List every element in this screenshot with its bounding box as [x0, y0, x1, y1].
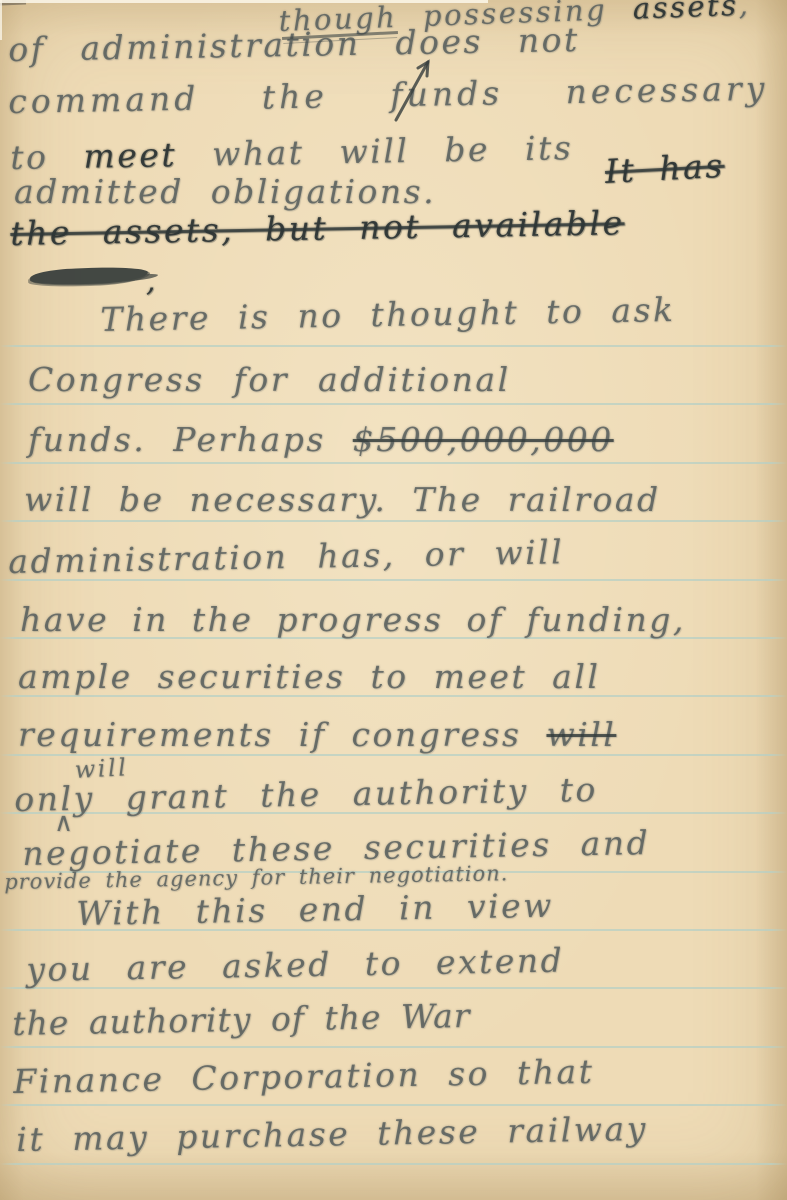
manuscript-line: requirements if congress will	[18, 715, 616, 754]
handwritten-text: meet	[83, 135, 177, 176]
manuscript-line: Finance Corporation so that	[13, 1052, 595, 1101]
handwritten-text: what will be its	[177, 128, 574, 174]
ruled-line	[0, 1104, 787, 1106]
manuscript-line: With this end in view	[76, 886, 554, 933]
manuscript-line: administration has, or will	[8, 532, 565, 581]
manuscript-line: of administration does not	[8, 20, 580, 69]
struck-text: It has	[604, 146, 726, 191]
manuscript-line: admitted obligations.	[14, 172, 436, 211]
scribbled-out-word	[30, 266, 148, 286]
manuscript-line: it may purchase these railway	[16, 1109, 648, 1159]
handwritten-text: assets	[632, 0, 739, 26]
ruled-line	[0, 403, 787, 405]
handwritten-text: you are asked to extend	[26, 941, 565, 989]
handwritten-text: ample securities to meet all	[18, 657, 600, 696]
manuscript-line: ,	[146, 264, 158, 299]
handwritten-text: With this end in view	[76, 886, 554, 933]
insertion-caret-arrow-icon	[390, 54, 436, 124]
ruled-line	[0, 1163, 787, 1165]
manuscript-line: Congress for additional	[28, 360, 511, 399]
manuscript-line: to meet what will be its	[10, 128, 574, 177]
handwritten-text: the authority of the War	[12, 996, 471, 1043]
ruled-line	[0, 462, 787, 464]
ruled-line	[0, 520, 787, 522]
handwritten-text: ,	[738, 0, 751, 22]
handwritten-text: admitted obligations.	[14, 172, 436, 211]
ruled-line	[0, 345, 787, 347]
handwritten-text: it may purchase these railway	[16, 1109, 648, 1159]
manuscript-line: will be necessary. The railroad	[24, 480, 661, 519]
handwritten-text: funds. Perhaps	[28, 420, 353, 459]
manuscript-line: command the funds necessary	[8, 69, 769, 121]
manuscript-line: have in the progress of funding,	[20, 600, 686, 639]
handwritten-text: administration has, or will	[8, 532, 565, 581]
handwritten-text: command the funds necessary	[8, 69, 769, 121]
handwritten-text: to	[10, 137, 84, 177]
handwritten-text: of administration does not	[8, 20, 580, 69]
handwritten-text: There is no thought to ask	[100, 290, 676, 339]
struck-text: will	[546, 715, 616, 754]
manuscript-line: you are asked to extend	[26, 941, 565, 989]
manuscript-line: There is no thought to ask	[100, 290, 676, 339]
ruled-line	[0, 987, 787, 989]
scan-edge-left	[0, 0, 2, 40]
manuscript-line: the authority of the War	[12, 996, 471, 1043]
ruled-line	[0, 1046, 787, 1048]
manuscript-line: It has	[604, 146, 726, 191]
manuscript-page: though possessing assets,of administrati…	[0, 0, 787, 1200]
handwritten-text: will be necessary. The railroad	[24, 480, 661, 519]
handwritten-text: have in the progress of funding,	[20, 600, 686, 639]
manuscript-line: funds. Perhaps $500,000,000	[28, 420, 614, 459]
struck-text: $500,000,000	[353, 420, 614, 459]
handwritten-text: Finance Corporation so that	[13, 1052, 595, 1101]
handwritten-text: requirements if congress	[18, 715, 546, 754]
handwritten-text: Congress for additional	[28, 360, 511, 399]
manuscript-line: ample securities to meet all	[18, 657, 600, 696]
handwritten-text: ,	[146, 264, 158, 299]
